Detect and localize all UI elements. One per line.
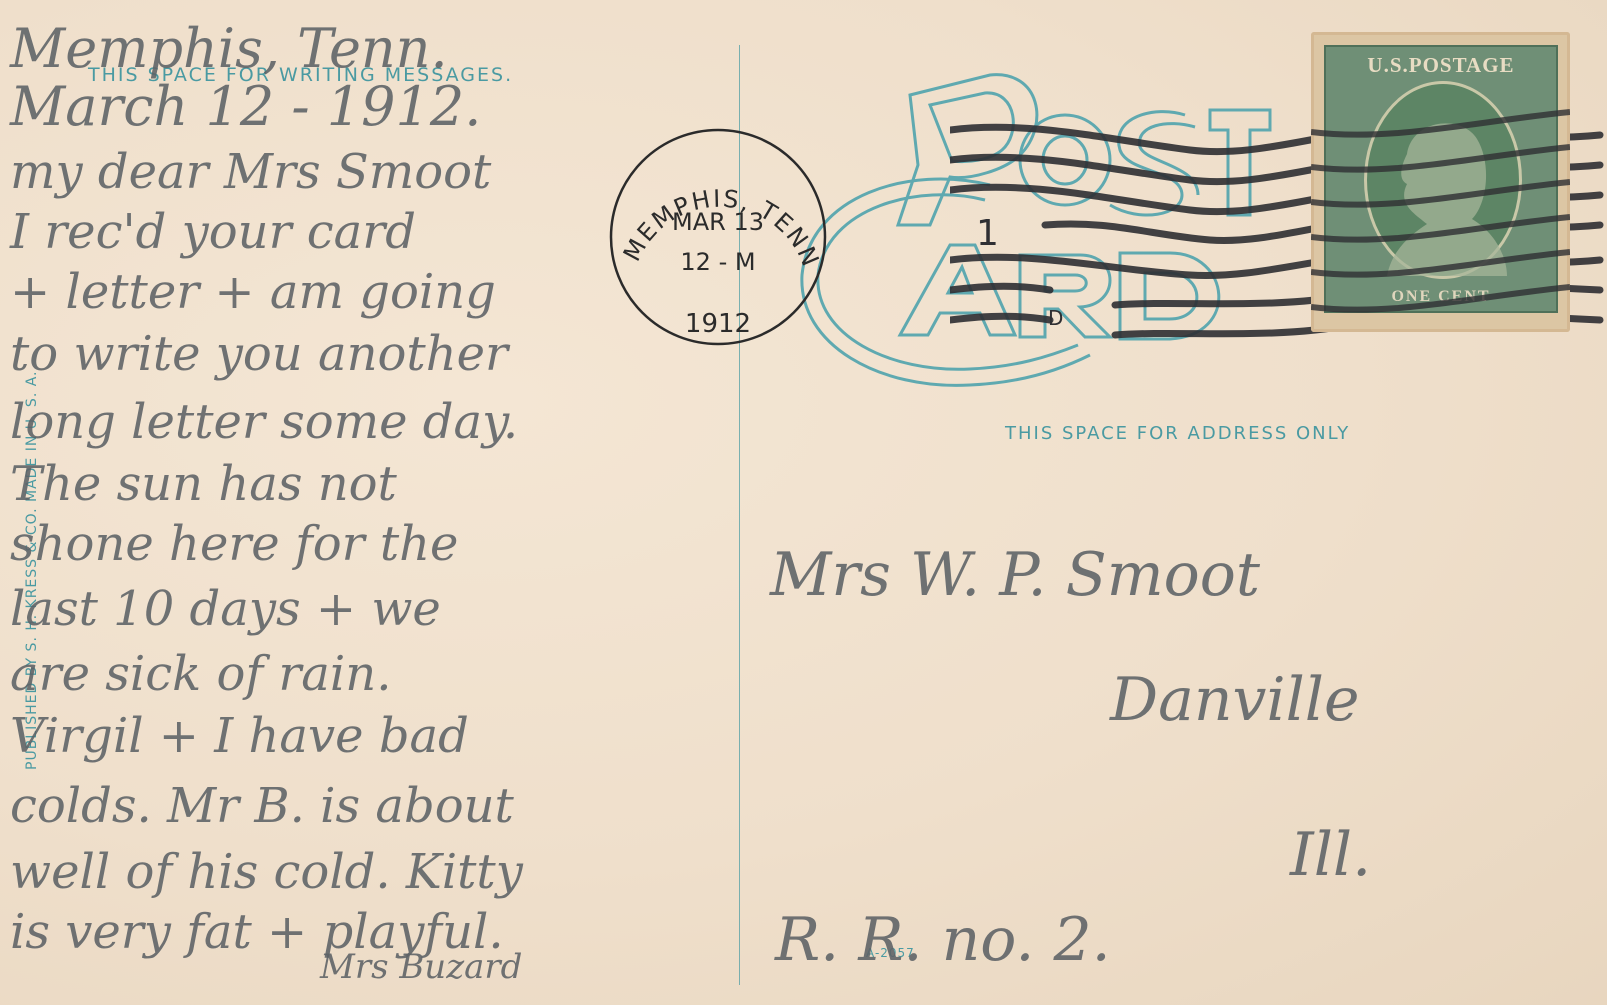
message-line: Memphis, Tenn. xyxy=(10,22,448,76)
message-line: well of his cold. Kitty xyxy=(10,848,523,896)
address-space-label: THIS SPACE FOR ADDRESS ONLY xyxy=(1005,423,1350,444)
postmark-date: MAR 13 xyxy=(672,208,764,236)
message-line: Virgil + I have bad xyxy=(10,712,469,760)
message-line: + letter + am going xyxy=(10,268,496,316)
cancel-mark-1: 1 xyxy=(976,213,999,254)
message-line: to write you another xyxy=(10,330,508,378)
address-route: R. R. no. 2. xyxy=(775,905,1111,975)
message-line: colds. Mr B. is about xyxy=(10,782,514,830)
message-signature: Mrs Buzard xyxy=(320,950,522,984)
postmark-circle-icon: MEMPHIS, TENN. MAR 13 12 - M 1912 xyxy=(605,122,835,352)
message-line: last 10 days + we xyxy=(10,585,441,633)
postmark-time: 12 - M xyxy=(680,248,755,276)
address-name: Mrs W. P. Smoot xyxy=(770,540,1260,610)
message-line: The sun has not xyxy=(10,460,397,508)
cancel-mark-d: D xyxy=(1048,306,1063,330)
address-state: Ill. xyxy=(1290,820,1371,890)
postmark-year: 1912 xyxy=(685,309,751,339)
address-city: Danville xyxy=(1110,665,1360,735)
message-line: I rec'd your card xyxy=(10,208,416,256)
message-line: shone here for the xyxy=(10,520,458,568)
message-line: March 12 - 1912. xyxy=(10,80,481,134)
message-line: are sick of rain. xyxy=(10,650,391,698)
postcard-back: THIS SPACE FOR WRITING MESSAGES. THIS SP… xyxy=(0,0,1607,1005)
message-line: my dear Mrs Smoot xyxy=(10,148,491,196)
message-line: long letter some day. xyxy=(10,398,518,446)
postage-stamp: U.S.POSTAGE ONE CENT xyxy=(1311,32,1570,332)
stamp-cancel-lines-icon xyxy=(1311,32,1570,332)
